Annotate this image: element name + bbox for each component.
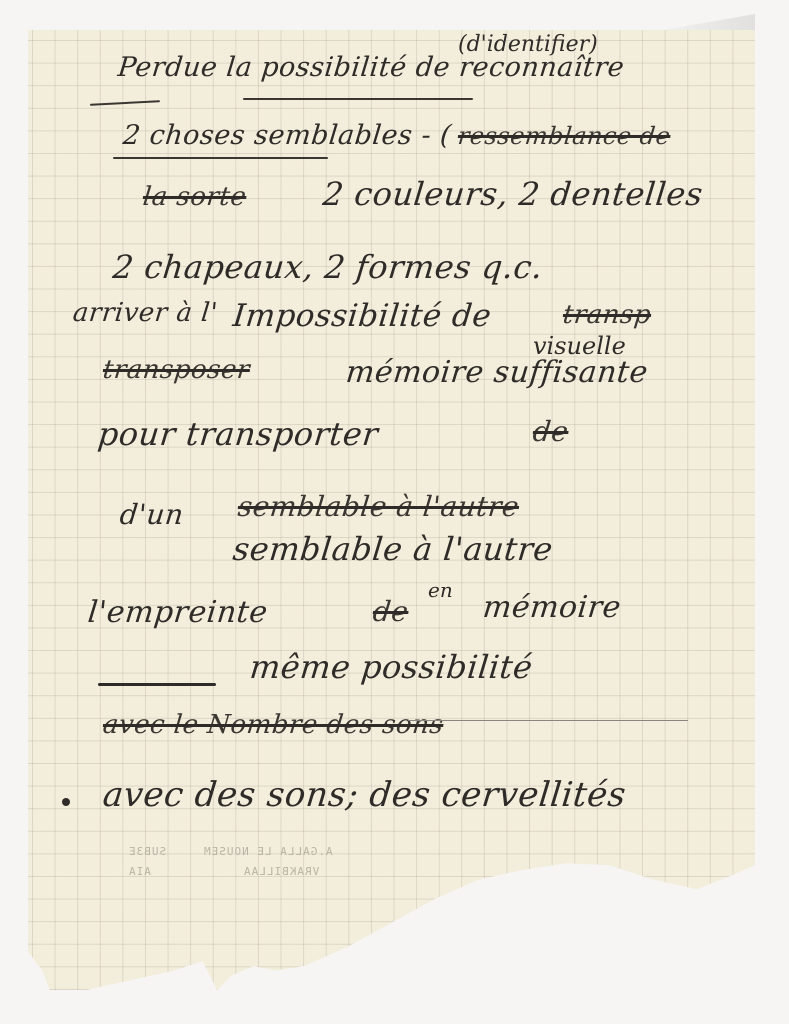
guide-stroke <box>408 720 688 721</box>
line-1: Perdue la possibilité de reconnaître <box>116 52 625 83</box>
line-6: mémoire suffisante <box>344 355 650 390</box>
show-through-stamp: SUB3E <box>128 845 166 858</box>
struck-text: de <box>371 595 410 628</box>
line-9: semblable à l'autre <box>231 530 555 568</box>
struck-text: la sorte <box>141 182 247 212</box>
line-13: avec des sons; des cervellités <box>101 775 628 815</box>
struck-text: avec le Nombre des sons <box>101 710 445 740</box>
show-through-stamp: A.GALLA LE NOUSEM <box>203 845 333 858</box>
line-2: 2 choses semblables - ( <box>121 120 453 151</box>
struck-text: de <box>531 415 570 448</box>
insertion-en: en <box>428 578 453 602</box>
line-4: 2 chapeaux, 2 formes q.c. <box>111 248 545 286</box>
line-5: Impossibilité de <box>231 298 493 334</box>
struck-text: ressemblance de <box>457 122 672 150</box>
dash-stroke <box>98 683 216 686</box>
struck-text: semblable à l'autre <box>236 490 521 523</box>
margin-note: arriver à l' <box>71 298 219 328</box>
show-through-stamp: VRAKBILLAA <box>243 865 319 878</box>
line-10-continuation: mémoire <box>481 590 623 625</box>
line-11: même possibilité <box>248 648 535 686</box>
bullet-dot <box>62 798 70 806</box>
line-8: d'un <box>118 498 185 531</box>
line-7: pour transporter <box>96 415 380 453</box>
struck-text: transposer <box>101 355 251 385</box>
graph-paper-sheet: (d'identifier) Perdue la possibilité de … <box>28 30 755 990</box>
struck-text: transp <box>561 300 652 330</box>
underline-stroke <box>90 100 160 106</box>
line-3: 2 couleurs, 2 dentelles <box>321 175 705 213</box>
show-through-stamp: AIA <box>128 865 151 878</box>
underline-stroke <box>113 157 328 159</box>
line-10: l'empreinte <box>86 595 269 630</box>
underline-stroke <box>243 98 473 100</box>
